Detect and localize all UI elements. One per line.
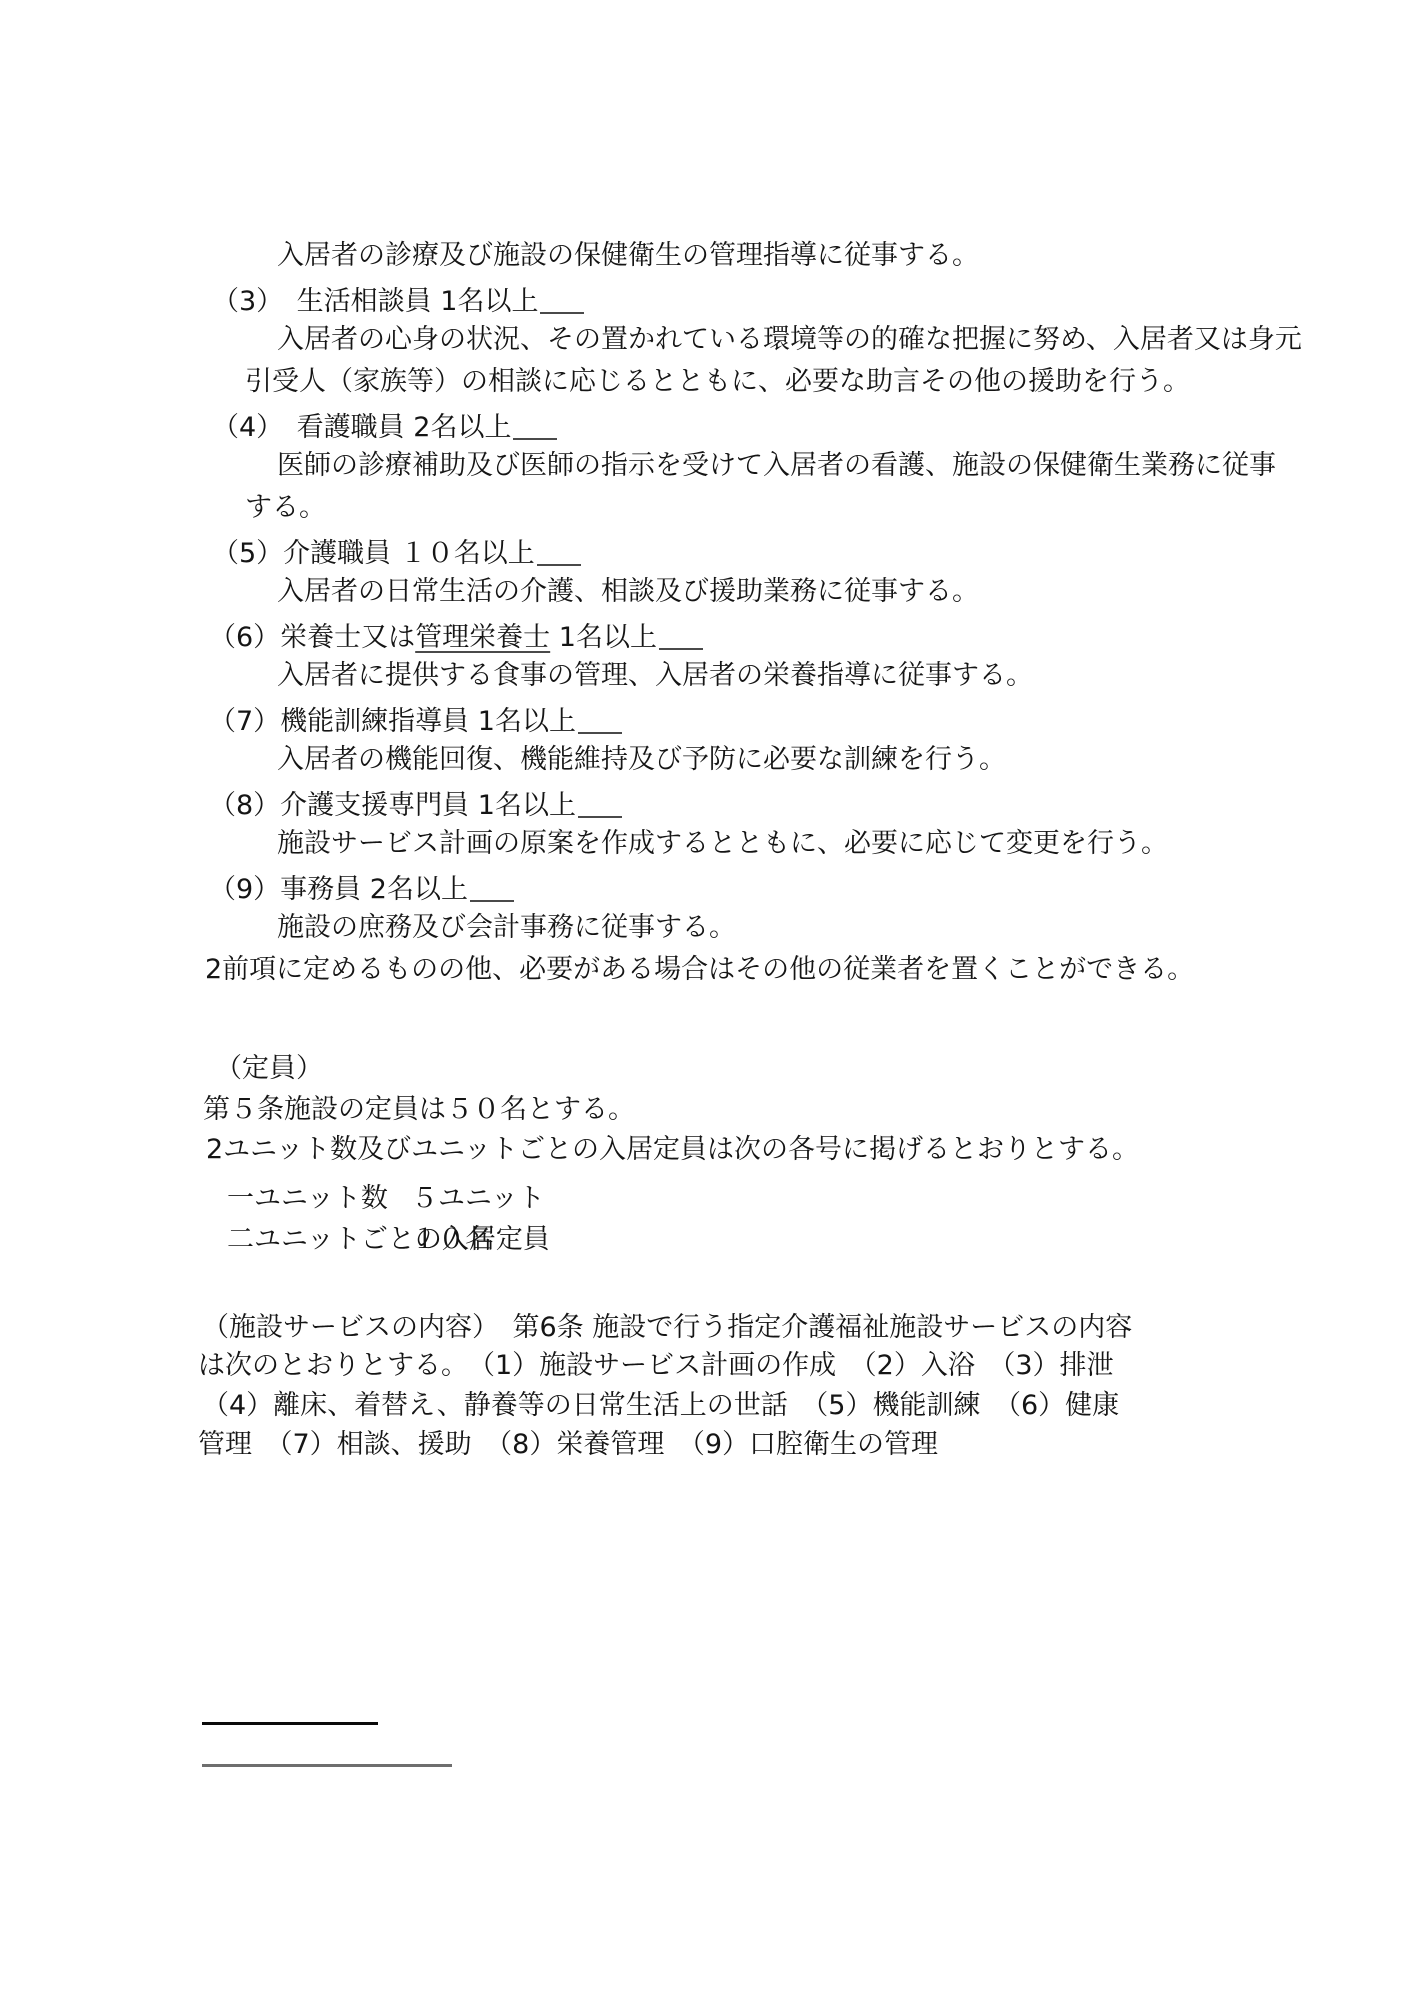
text: 2前項に定めるものの他、必要がある場合はその他の従業者を置くことができる。 [205, 954, 1194, 985]
underline-blank [659, 621, 703, 650]
underlined-text: 管理栄養士 [415, 622, 550, 653]
signature-line-short [202, 1722, 378, 1725]
line-article-6-heading: （施設サービスの内容） 第6条 施設で行う指定介護福祉施設サービスの内容 [202, 1311, 1132, 1345]
text: 施設サービス計画の原案を作成するとともに、必要に応じて変更を行う。 [277, 828, 1168, 859]
text: する。 [245, 492, 326, 523]
item-3-life-counselor: （3） 生活相談員 1名以上 [212, 281, 584, 319]
text: 施設の庶務及び会計事務に従事する。 [277, 912, 736, 943]
line-service-list-3: 管理 （7）相談、援助 （8）栄養管理 （9）口腔衛生の管理 [198, 1428, 938, 1462]
text: 第５条施設の定員は５０名とする。 [203, 1094, 635, 1125]
row-unit-capacity: 二ユニットごとの入居定員１０名 [227, 1223, 550, 1257]
text: は次のとおりとする。 （1）施設サービス計画の作成 （2）入浴 （3）排泄 [198, 1350, 1114, 1381]
text: （4）離床、着替え、静養等の日常生活上の世話 （5）機能訓練 （6）健康 [202, 1390, 1119, 1421]
line-clerk-duty: 施設の庶務及び会計事務に従事する。 [277, 911, 736, 945]
line-article-5: 第５条施設の定員は５０名とする。 [203, 1093, 635, 1127]
underline-blank [578, 789, 622, 818]
row-unit-count: 一ユニット数５ユニット [227, 1182, 388, 1216]
item-6-nutritionist: （6）栄養士又は管理栄養士 1名以上 [209, 617, 703, 655]
heading-capacity: （定員） [215, 1052, 323, 1086]
row-value: ５ユニット [411, 1182, 545, 1216]
row-label: 一ユニット数 [227, 1183, 388, 1214]
item-4-nursing-staff: （4） 看護職員 2名以上 [212, 407, 557, 445]
item-7-function-trainer: （7）機能訓練指導員 1名以上 [209, 701, 622, 739]
text: 入居者の日常生活の介護、相談及び援助業務に従事する。 [277, 576, 979, 607]
text: 管理 （7）相談、援助 （8）栄養管理 （9）口腔衛生の管理 [198, 1429, 938, 1460]
line-nurse-duty-1: 医師の診療補助及び医師の指示を受けて入居者の看護、施設の保健衛生業務に従事 [277, 449, 1276, 483]
line-nutrition-duty: 入居者に提供する食事の管理、入居者の栄養指導に従事する。 [277, 659, 1033, 693]
line-clause-2-other-staff: 2前項に定めるものの他、必要がある場合はその他の従業者を置くことができる。 [205, 953, 1194, 987]
text: 入居者に提供する食事の管理、入居者の栄養指導に従事する。 [277, 660, 1033, 691]
signature-line-long [202, 1764, 452, 1767]
line-service-list-2: （4）離床、着替え、静養等の日常生活上の世話 （5）機能訓練 （6）健康 [202, 1389, 1119, 1423]
item-5-care-staff: （5）介護職員 １０名以上 [212, 533, 581, 571]
line-nurse-duty-2: する。 [245, 491, 326, 525]
text: （5）介護職員 １０名以上 [212, 538, 535, 569]
text: 1名以上 [550, 622, 657, 653]
text: （7）機能訓練指導員 1名以上 [209, 706, 576, 737]
line-unit-clause: 2ユニット数及びユニットごとの入居定員は次の各号に掲げるとおりとする。 [206, 1133, 1139, 1167]
text: （8）介護支援専門員 1名以上 [209, 790, 576, 821]
document-page: 入居者の診療及び施設の保健衛生の管理指導に従事する。 （3） 生活相談員 1名以… [0, 0, 1414, 2000]
text: （施設サービスの内容） 第6条 施設で行う指定介護福祉施設サービスの内容 [202, 1312, 1132, 1343]
underline-blank [540, 285, 584, 314]
text: 医師の診療補助及び医師の指示を受けて入居者の看護、施設の保健衛生業務に従事 [277, 450, 1276, 481]
text: （3） 生活相談員 1名以上 [212, 286, 538, 317]
text: （4） 看護職員 2名以上 [212, 412, 511, 443]
underline-blank [513, 411, 557, 440]
underline-blank [537, 537, 581, 566]
row-label: 二ユニットごとの入居定員 [227, 1224, 550, 1255]
line-training-duty: 入居者の機能回復、機能維持及び予防に必要な訓練を行う。 [277, 743, 1006, 777]
text: （6）栄養士又は [209, 622, 415, 653]
line-service-list-1: は次のとおりとする。 （1）施設サービス計画の作成 （2）入浴 （3）排泄 [198, 1349, 1114, 1383]
text: 引受人（家族等）の相談に応じるとともに、必要な助言その他の援助を行う。 [245, 366, 1190, 397]
text: （定員） [215, 1053, 323, 1084]
underline-blank [578, 705, 622, 734]
underline-blank [470, 873, 514, 902]
text: 入居者の診療及び施設の保健衛生の管理指導に従事する。 [277, 240, 979, 271]
line-care-duty: 入居者の日常生活の介護、相談及び援助業務に従事する。 [277, 575, 979, 609]
item-9-clerk: （9）事務員 2名以上 [209, 869, 514, 907]
text: （9）事務員 2名以上 [209, 874, 468, 905]
line-doctor-duty: 入居者の診療及び施設の保健衛生の管理指導に従事する。 [277, 239, 979, 273]
text: 入居者の心身の状況、その置かれている環境等の的確な把握に努め、入居者又は身元 [277, 324, 1302, 355]
line-counselor-duty-2: 引受人（家族等）の相談に応じるとともに、必要な助言その他の援助を行う。 [245, 365, 1190, 399]
line-counselor-duty-1: 入居者の心身の状況、その置かれている環境等の的確な把握に努め、入居者又は身元 [277, 323, 1302, 357]
text: 2ユニット数及びユニットごとの入居定員は次の各号に掲げるとおりとする。 [206, 1134, 1139, 1165]
item-8-care-manager: （8）介護支援専門員 1名以上 [209, 785, 622, 823]
text: 入居者の機能回復、機能維持及び予防に必要な訓練を行う。 [277, 744, 1006, 775]
line-care-plan-duty: 施設サービス計画の原案を作成するとともに、必要に応じて変更を行う。 [277, 827, 1168, 861]
row-value: １０名 [411, 1223, 492, 1257]
